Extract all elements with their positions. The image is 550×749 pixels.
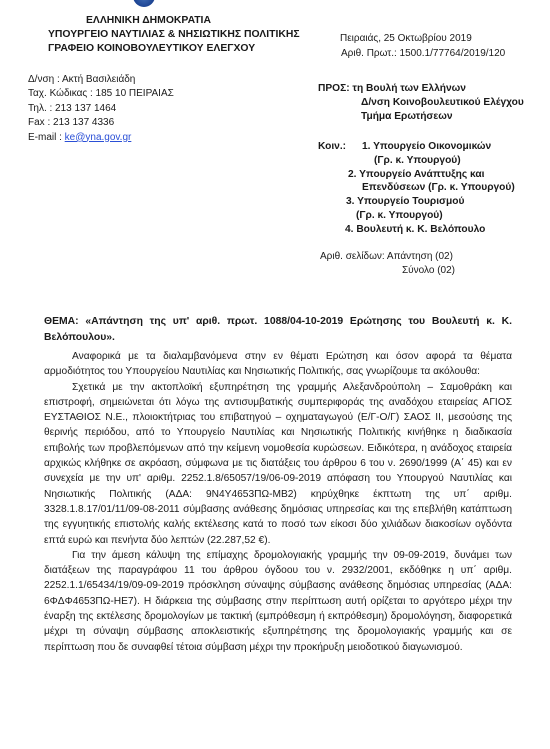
dateline: Πειραιάς, 25 Οκτωβρίου 2019 Αριθ. Πρωτ.:… [340,31,505,61]
protocol-number: Αριθ. Πρωτ.: 1500.1/77764/2019/120 [340,46,505,61]
contact-phone: Τηλ. : 213 137 1464 [28,102,174,116]
page-count-total: Σύνολο (02) [320,264,455,278]
cc-item-1-sub: (Γρ. κ. Υπουργού) [318,154,515,168]
contact-email-label: E-mail : [28,132,65,143]
letterhead-ministry: ΥΠΟΥΡΓΕΙΟ ΝΑΥΤΙΛΙΑΣ & ΝΗΣΙΩΤΙΚΗΣ ΠΟΛΙΤΙΚ… [48,28,300,42]
paragraph-sanctions: Σχετικά με την ακτοπλοϊκή εξυπηρέτηση τη… [44,380,512,548]
contact-fax: Fax : 213 137 4336 [28,116,174,130]
place-date: Πειραιάς, 25 Οκτωβρίου 2019 [340,31,505,46]
coat-of-arms-icon [133,0,155,7]
cc-item-3-sub: (Γρ. κ. Υπουργού) [318,209,515,223]
contact-email-row: E-mail : ke@yna.gov.gr [28,131,174,145]
page-count: Αριθ. σελίδων: Απάντηση (02) Σύνολο (02) [320,250,455,277]
cc-item-3: 3. Υπουργείο Τουρισμού [318,195,515,209]
paragraph-contract: Για την άμεση κάλυψη της επίμαχης δρομολ… [44,548,512,655]
cc-item-2: 2. Υπουργείο Ανάπτυξης και [318,168,515,182]
cc-item-1: 1. Υπουργείο Οικονομικών [362,140,491,154]
contact-block: Δ/νση : Ακτή Βασιλειάδη Ταχ. Κώδικας : 1… [28,73,174,145]
contact-postcode: Ταχ. Κώδικας : 185 10 ΠΕΙΡΑΙΑΣ [28,87,174,101]
page-count-reply: Αριθ. σελίδων: Απάντηση (02) [320,250,455,264]
recipient-line-3: Τμήμα Ερωτήσεων [318,110,524,124]
cc-item-4: 4. Βουλευτή κ. Κ. Βελόπουλο [318,223,515,237]
recipient-line-1: ΠΡΟΣ: τη Βουλή των Ελλήνων [318,82,524,96]
letter-body: Αναφορικά με τα διαλαμβανόμενα στην εν θ… [44,349,512,655]
contact-address: Δ/νση : Ακτή Βασιλειάδη [28,73,174,87]
recipient-block: ΠΡΟΣ: τη Βουλή των Ελλήνων Δ/νση Κοινοβο… [318,82,524,124]
cc-item-2-sub: Επενδύσεων (Γρ. κ. Υπουργού) [318,181,515,195]
contact-email-link[interactable]: ke@yna.gov.gr [65,132,132,143]
cc-label: Κοιν.: [318,140,362,154]
letterhead-republic: ΕΛΛΗΝΙΚΗ ΔΗΜΟΚΡΑΤΙΑ [86,14,211,28]
recipient-line-2: Δ/νση Κοινοβουλευτικού Ελέγχου [318,96,524,110]
letterhead-office: ΓΡΑΦΕΙΟ ΚΟΙΝΟΒΟΥΛΕΥΤΙΚΟΥ ΕΛΕΓΧΟΥ [48,42,255,56]
cc-block: Κοιν.:1. Υπουργείο Οικονομικών (Γρ. κ. Υ… [318,140,515,237]
paragraph-intro: Αναφορικά με τα διαλαμβανόμενα στην εν θ… [44,349,512,380]
subject-line: ΘΕΜΑ: «Απάντηση της υπ' αριθ. πρωτ. 1088… [44,314,512,346]
